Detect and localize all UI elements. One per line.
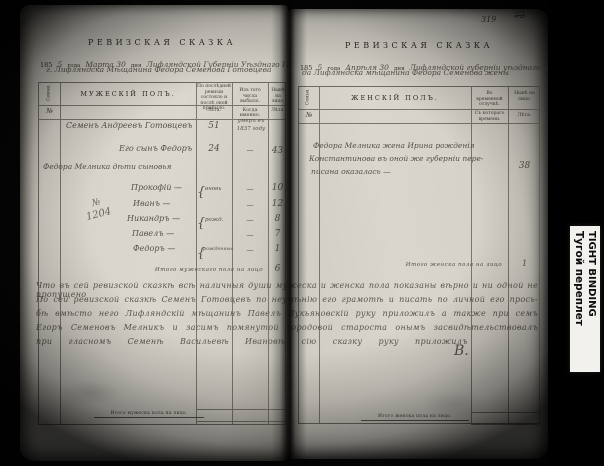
row-age-now: 7	[268, 229, 287, 239]
row-name: Федоръ —	[133, 244, 175, 253]
header-line	[299, 109, 539, 110]
brace-note: вновь	[205, 186, 221, 192]
row-dash: —	[232, 146, 268, 154]
footer-line	[196, 409, 285, 410]
row-age-now: 43	[268, 146, 287, 156]
col-header-away: Во временной отлучкѣ.	[473, 91, 506, 108]
subheader-years: Лѣта.	[509, 113, 540, 118]
row-name: Семенъ Андреевъ Готовцевъ	[66, 121, 192, 130]
subheader-no: №	[39, 107, 60, 115]
row-name: Его сынъ Федоръ	[119, 144, 192, 153]
col-header-family: Семьи.	[46, 78, 52, 108]
corner-crossed-number: 72	[513, 10, 526, 21]
row-dash: —	[232, 185, 268, 193]
attestation-line: при гласномъ Семенѣ Васильевѣ Ивановѣ сі…	[36, 337, 468, 346]
header-line	[299, 123, 539, 124]
binding-label: TIGHT BINDING Тугой переплет	[570, 226, 600, 372]
footer-line	[471, 424, 539, 425]
corner-page-number: 319	[481, 15, 496, 24]
col-header-male: МУЖЕСКІЙ ПОЛЪ.	[60, 90, 196, 98]
row-dash: —	[232, 246, 268, 254]
male-table: Семьи. МУЖЕСКІЙ ПОЛЪ. По послѣдней ревиз…	[38, 82, 286, 425]
summary-female-value: 1	[508, 259, 541, 268]
summary-female: Итого женска пола на лицо	[399, 262, 509, 268]
row-age-now: 1	[268, 244, 287, 254]
row-name: Павелъ —	[132, 229, 174, 238]
col-header-now: Нынѣ на лицо.	[269, 88, 287, 105]
row-age-prev: 51	[196, 121, 232, 131]
row-when: умеръ въ	[235, 118, 267, 124]
flourish-mark: В.	[454, 343, 469, 359]
row-dash: —	[232, 216, 268, 224]
binding-label-ru: Тугой переплет	[573, 231, 585, 367]
margin-number-label: №	[91, 197, 102, 209]
header-hw-line2: г. Лифляндска Мѣщанина Федора Семенова Г…	[46, 65, 271, 74]
row-dash: —	[232, 231, 268, 239]
footer-line	[196, 421, 285, 422]
attestation-line: бѣ вмѣсто него Лифляндскій мѣщанинъ Паве…	[36, 309, 538, 318]
binding-label-card: TIGHT BINDING Тугой переплет	[570, 226, 600, 372]
page-title: РЕВИЗСКАЯ СКАЗКА	[298, 41, 540, 50]
col-header-now: Нынѣ на лицо.	[509, 91, 540, 102]
entry-line: писана оказалась —	[311, 167, 391, 176]
brace-note: рожденные	[203, 247, 233, 252]
entry-age: 38	[508, 161, 541, 171]
subheader-years1: Лѣта.	[197, 108, 231, 113]
book-page-right: 319 72 РЕВИЗСКАЯ СКАЗКА 185 5 года Апрѣл…	[288, 9, 548, 459]
row-name: Прокофій —	[131, 183, 182, 192]
row-age-prev: 24	[196, 144, 232, 154]
row-name: Иванъ —	[133, 199, 171, 208]
row-name: Федора Мелника дѣти сыновья	[43, 162, 171, 171]
summary-male-value: 6	[268, 264, 287, 274]
col-header-female: ЖЕНСКІЙ ПОЛЪ.	[319, 94, 471, 102]
attestation-paragraph: Что въ сей ревизской сказкѣ всѣ наличныя…	[36, 281, 538, 371]
header-line	[39, 105, 285, 106]
entry-line: Константинова въ оной же губерніи пере-	[309, 154, 483, 163]
col-header-left: Изъ того числа выбыло.	[233, 88, 267, 105]
row-name: Никандръ —	[127, 214, 180, 223]
subheader-when: Когда именно.	[233, 108, 267, 118]
col-line	[471, 87, 472, 423]
col-header-family: Семьи.	[305, 82, 311, 112]
row-age-now: 12	[268, 199, 287, 209]
entry-line: Федора Мелника жена Ирина рожденія	[313, 141, 475, 150]
book-page-left: РЕВИЗСКАЯ СКАЗКА 185 5 года Марта 30 дня…	[20, 5, 288, 461]
row-age-now: 8	[268, 214, 287, 224]
row-when: 1837 году	[235, 126, 267, 132]
row-age-now: 10	[268, 183, 287, 193]
subheader-no: №	[299, 111, 319, 119]
summary-male: Итого мужескаго пола на лицо	[151, 267, 267, 273]
col-line	[60, 83, 61, 424]
attestation-line: Егоръ Семеновъ Мелникъ и засимъ помянуто…	[36, 323, 538, 332]
subheader-since: Съ котораго времени.	[473, 111, 506, 122]
brace-note: рожд.	[205, 217, 223, 223]
footer-printed-female: Итого женска пола на лицо.	[361, 414, 469, 421]
binding-label-en: TIGHT BINDING	[585, 231, 597, 367]
attestation-line: По сей ревизской сказкѣ Семенъ Готовцевъ…	[36, 295, 538, 304]
footer-printed-male: Итого мужеска пола на лицо.	[94, 411, 204, 418]
header-hw-line2: да Лифляндска мѣщанина Федора Семенова ж…	[302, 68, 509, 77]
col-line	[319, 87, 320, 423]
archival-photo: РЕВИЗСКАЯ СКАЗКА 185 5 года Марта 30 дня…	[0, 0, 604, 466]
subheader-years2: Лѣта.	[269, 108, 287, 113]
footer-line	[471, 412, 539, 413]
col-line	[508, 87, 509, 423]
page-title: РЕВИЗСКАЯ СКАЗКА	[38, 38, 286, 47]
female-table: Семьи. ЖЕНСКІЙ ПОЛЪ. Во временной отлучк…	[298, 86, 540, 424]
row-dash: —	[232, 201, 268, 209]
